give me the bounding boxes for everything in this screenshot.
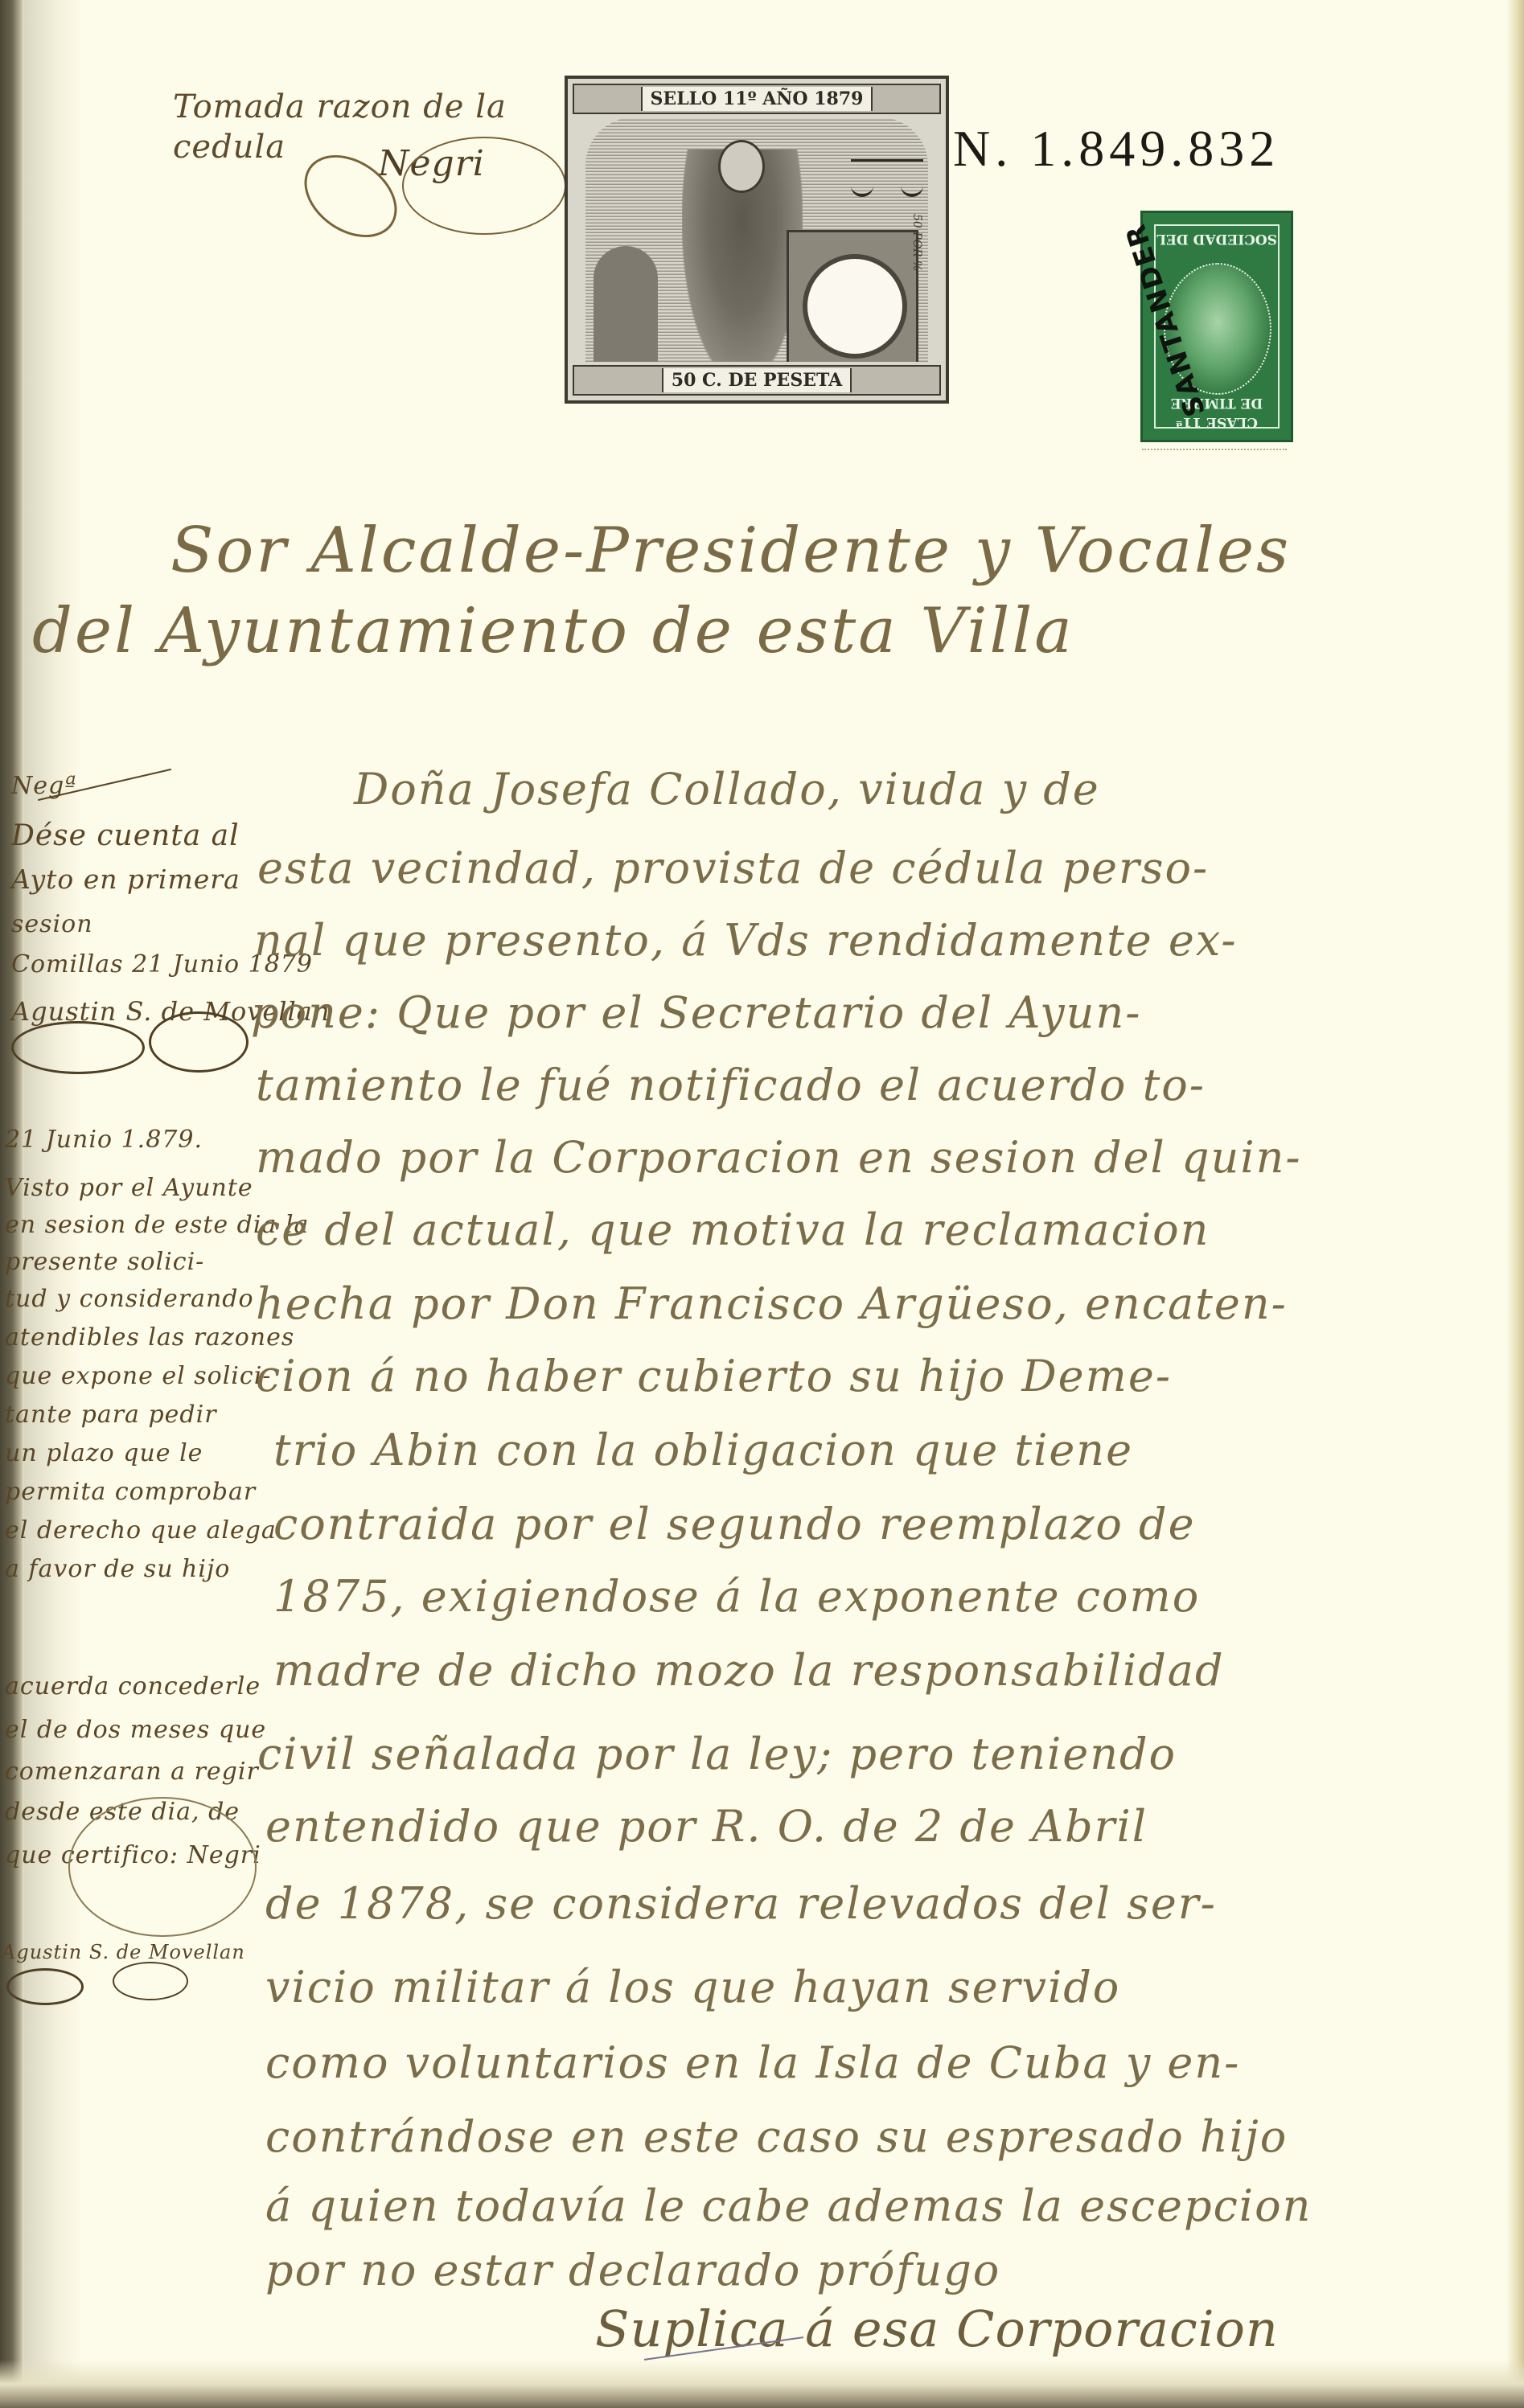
body-line: entendido que por R. O. de 2 de Abril — [265, 1801, 1148, 1852]
margin-note: Visto por el Ayunte — [5, 1174, 253, 1203]
page-right-edge — [1506, 0, 1524, 2408]
address-heading-line2: del Ayuntamiento de esta Villa — [32, 595, 1074, 667]
blank-medallion-icon — [803, 254, 907, 359]
body-line: 1875, exigiendose á la exponente como — [273, 1571, 1200, 1622]
body-line: trio Abin con la obligacion que tiene — [273, 1425, 1133, 1475]
lady-justice-icon: 50 POR % — [585, 117, 928, 362]
fiscal-stamp-bottom-text: SOCIEDAD DEL — [1143, 231, 1291, 247]
margin-signature: Agustin S. de Movellan — [2, 1938, 245, 1967]
margin-note: un plazo que le — [5, 1439, 203, 1468]
fiscal-stamp: SOCIEDAD DEL DE TIMBRE CLASE 11ª SANTAND… — [1140, 211, 1293, 442]
page-bottom-edge — [0, 2360, 1524, 2408]
stamp-cancel-line — [1142, 446, 1287, 450]
body-line: nal que presento, á Vds rendidamente ex- — [254, 915, 1238, 966]
body-line: ce del actual, que motiva la reclamacion — [256, 1204, 1210, 1255]
stamp-header: SELLO 11º AÑO 1879 — [573, 84, 941, 114]
closing-line: Suplica á esa Corporacion — [595, 2299, 1279, 2358]
signature-flourish-icon — [11, 1021, 145, 1074]
body-line: vicio militar á los que hayan servido — [265, 1962, 1120, 2012]
body-line: contrándose en este caso su espresado hi… — [265, 2111, 1288, 2162]
margin-note: atendibles las razones — [5, 1323, 294, 1352]
top-note-line: Tomada razon de la — [173, 87, 507, 127]
signature-flourish-icon — [149, 1011, 249, 1073]
margin-note: comenzaran a regir — [5, 1758, 259, 1787]
book-binding-edge — [0, 0, 24, 2408]
fiscal-stamp-subtext: DE TIMBRE — [1143, 395, 1291, 411]
cherub-icon — [594, 246, 658, 362]
body-line: pone: Que por el Secretario del Ayun- — [251, 987, 1142, 1038]
margin-note: el de dos meses que — [5, 1716, 266, 1745]
stamp-footer: 50 C. DE PESETA — [573, 365, 941, 396]
page-gutter-shadow — [24, 0, 80, 2408]
margin-note: acuerda concederle — [5, 1672, 261, 1701]
stamp-header-text: SELLO 11º AÑO 1879 — [641, 87, 873, 111]
body-line: mado por la Corporacion en sesion del qu… — [256, 1132, 1302, 1183]
serial-number: N. 1.849.832 — [953, 119, 1280, 178]
margin-note: el derecho que alega — [5, 1516, 277, 1545]
scales-icon — [851, 159, 923, 210]
margin-note: presente solici- — [5, 1248, 204, 1277]
body-line: como voluntarios en la Isla de Cuba y en… — [265, 2037, 1240, 2088]
body-line: por no estar declarado prófugo — [265, 2245, 1000, 2295]
margin-note: tante para pedir — [5, 1401, 217, 1430]
body-line: cion á no haber cubierto su hijo Deme- — [256, 1351, 1172, 1401]
body-line: contraida por el segundo reemplazo de — [273, 1499, 1196, 1549]
signature-flourish-icon — [113, 1962, 188, 2000]
margin-note: tud y considerando — [5, 1285, 254, 1314]
stamp-side-text: 50 POR % — [910, 214, 923, 271]
body-line: esta vecindad, provista de cédula perso- — [257, 843, 1209, 893]
body-line: tamiento le fué notificado el acuerdo to… — [256, 1060, 1206, 1110]
body-line: de 1878, se considera relevados del ser- — [265, 1878, 1217, 1929]
signature-flourish-icon — [6, 1968, 84, 2005]
body-line: á quien todavía le cabe ademas la escepc… — [265, 2180, 1312, 2231]
margin-note: Ayto en primera — [11, 865, 240, 894]
official-stamp: SELLO 11º AÑO 1879 50 POR % 50 C. DE PES… — [565, 76, 949, 404]
body-line: madre de dicho mozo la responsabilidad — [273, 1645, 1225, 1696]
justice-head-icon — [718, 140, 765, 193]
signature-flourish-icon — [402, 137, 566, 235]
margin-note: permita comprobar — [5, 1478, 256, 1507]
body-line: civil señalada por la ley; pero teniendo — [257, 1729, 1177, 1779]
margin-note: Negª — [11, 772, 76, 801]
fiscal-stamp-top-text: CLASE 11ª — [1143, 414, 1291, 430]
body-line: Doña Josefa Collado, viuda y de — [354, 764, 1100, 814]
address-heading-line1: Sor Alcalde-Presidente y Vocales — [170, 515, 1291, 587]
signature-flourish-icon — [68, 1797, 257, 1937]
margin-note: a favor de su hijo — [5, 1555, 230, 1584]
margin-note-date: 21 Junio 1.879. — [5, 1126, 203, 1155]
margin-note: Dése cuenta al — [11, 822, 240, 851]
body-line: hecha por Don Francisco Argüeso, encaten… — [256, 1278, 1288, 1329]
margin-note: sesion — [11, 910, 93, 939]
margin-note: que expone el solici- — [5, 1362, 271, 1391]
stamp-footer-text: 50 C. DE PESETA — [662, 368, 852, 392]
